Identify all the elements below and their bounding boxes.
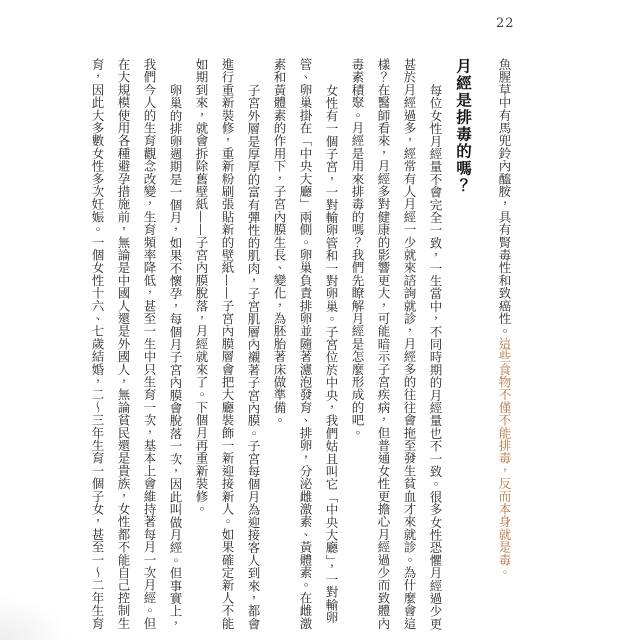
scan-corner-shadow bbox=[0, 595, 70, 640]
paragraph-uterus-anatomy: 女性有一個子宮，一對輸卵管和一對卵巢。子宮位於中央，我們姑且叫它「中央大廳」，一… bbox=[266, 58, 344, 636]
paragraph-ovulation-cycle: 卵巢的排卵週期是一個月，如果不懷孕，每個月子宮內膜會脫落一次，因此叫做月經。但事… bbox=[84, 58, 188, 636]
emphasis-sentence: 這些食物不僅不能排毒，反而本身就是毒。 bbox=[497, 337, 512, 578]
page-number: 22 bbox=[496, 16, 515, 31]
section-heading: 月經是排毒的嗎？ bbox=[450, 58, 477, 636]
paragraph-continuation: 魚腥草中有馬兜鈴內醯胺，具有腎毒性和致癌性。這些食物不僅不能排毒，反而本身就是毒… bbox=[491, 58, 517, 636]
paragraph-menstruation-amount: 每位女性月經量不會完全一致，一生當中，不同時期的月經量也不一致。很多女性恐懼月經… bbox=[344, 58, 448, 636]
page-content: 魚腥草中有馬兜鈴內醯胺，具有腎毒性和致癌性。這些食物不僅不能排毒，反而本身就是毒… bbox=[84, 58, 517, 636]
paragraph-uterus-lining: 子宮外層是厚厚的富有彈性的肌肉，子宮肌層內襯著子宮內膜。子宮每個月為迎接客人到來… bbox=[188, 58, 266, 636]
book-page: 22 魚腥草中有馬兜鈴內醯胺，具有腎毒性和致癌性。這些食物不僅不能排毒，反而本身… bbox=[0, 0, 640, 640]
continuation-text: 魚腥草中有馬兜鈴內醯胺，具有腎毒性和致癌性。 bbox=[497, 58, 512, 337]
